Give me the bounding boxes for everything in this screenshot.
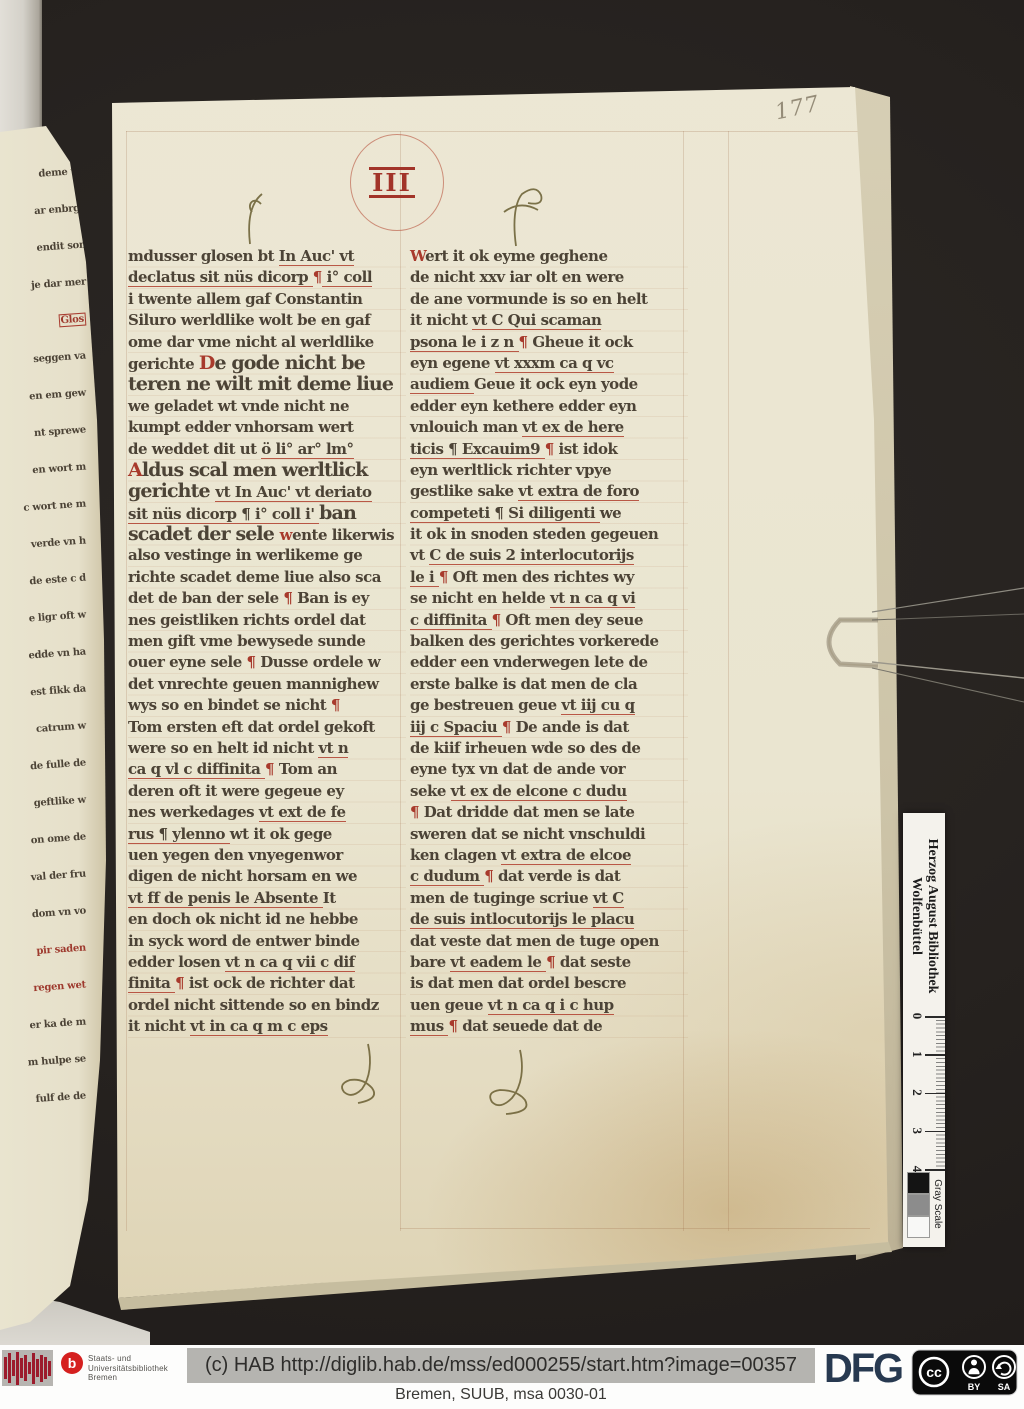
previous-page-fragment: nt sprewe — [0, 424, 100, 442]
manuscript-line: de ane vormunde is so en helt — [410, 289, 688, 310]
manuscript-line: mdusser glosen bt In Auc' vt — [128, 246, 406, 267]
manuscript-line: ouer eyne sele ¶ Dusse ordele w — [128, 652, 406, 673]
manuscript-line: we geladet wt vnde nicht ne — [128, 396, 406, 417]
manuscript-line: gestlike sake vt extra de foro — [410, 481, 688, 502]
manuscript-line: competeti ¶ Si diligenti we — [410, 503, 688, 524]
manuscript-line: Siluro werldlike wolt be en gaf — [128, 310, 406, 331]
manuscript-line: de weddet dit ut ö li° ar° lm° — [128, 439, 406, 460]
digitized-manuscript-scan: deme wuar enbrgeendit sonje dar merGloss… — [0, 0, 1024, 1409]
previous-page-fragment: de fulle de — [0, 757, 100, 775]
shelfmark-text: Bremen, SUUB, msa 0030-01 — [187, 1386, 815, 1404]
previous-page-fragment: seggen va — [0, 350, 100, 368]
manuscript-line: de kiif irheuen wde so des de — [410, 738, 688, 759]
bremen-logo-bar — [4, 1357, 7, 1379]
manuscript-line: se nicht en helde vt n ca q vi — [410, 588, 688, 609]
manuscript-line: it ok in snoden steden gegeuen — [410, 524, 688, 545]
manuscript-line: gerichte De gode nicht be — [128, 353, 406, 374]
manuscript-line: wys so en bindet se nicht ¶ — [128, 695, 406, 716]
previous-page-fragment: est fikk da — [0, 683, 100, 701]
previous-page-fragment: en wort m — [0, 461, 100, 479]
manuscript-line: rus ¶ ylenno wt it ok gege — [128, 824, 406, 845]
manuscript-line: mus ¶ dat seuede dat de — [410, 1016, 688, 1037]
ruler-major-tick — [925, 1016, 945, 1018]
bremen-logo-bar — [8, 1353, 11, 1383]
previous-page-fragment: de este c d — [0, 572, 100, 590]
previous-page-fragment: m hulpe se — [0, 1053, 100, 1071]
manuscript-line: psona le i z n ¶ Gheue it ock — [410, 332, 688, 353]
manuscript-line: declatus sit nüs dicorp ¶ i° coll — [128, 267, 406, 288]
bremen-text-line: Staats- und — [88, 1354, 168, 1364]
manuscript-line: erste balke is dat men de cla — [410, 674, 688, 695]
ruler-scale: 01234 — [903, 1016, 945, 1170]
bremen-logo-roundel: b — [61, 1352, 83, 1374]
svg-text:BY: BY — [968, 1382, 981, 1392]
manuscript-line: vt C de suis 2 interlocutorijs — [410, 545, 688, 566]
bremen-logo-bar — [48, 1361, 51, 1376]
manuscript-line: Tom ersten eft dat ordel gekoft — [128, 717, 406, 738]
manuscript-line: uen yegen den vnyegenwor — [128, 845, 406, 866]
gray-scale-swatch — [907, 1194, 930, 1216]
manuscript-line: ome dar vme nicht al werldlike — [128, 332, 406, 353]
previous-page-fragment: on ome de — [0, 831, 100, 849]
manuscript-line: det vnrechte geuen mannighew — [128, 674, 406, 695]
bremen-logo-bar — [16, 1352, 19, 1385]
manuscript-line: sweren dat se nicht vnschuldi — [410, 824, 688, 845]
manuscript-line: were so en helt id nicht vt n — [128, 738, 406, 759]
manuscript-line: it nicht vt in ca q m c eps — [128, 1016, 406, 1037]
manuscript-line: sit nüs dicorp ¶ i° coll i' ban — [128, 503, 406, 524]
manuscript-line: it nicht vt C Qui scaman — [410, 310, 688, 331]
manuscript-line: Wert it ok eyme geghene — [410, 246, 688, 267]
previous-page-fragment: e ligr oft w — [0, 609, 100, 627]
ruling-line — [728, 131, 729, 1231]
manuscript-line: audiem Geue it ock eyn yode — [410, 374, 688, 395]
previous-page-fragment: pir saden — [0, 942, 100, 960]
bremen-logo-bar — [40, 1355, 43, 1382]
manuscript-line: uen geue vt n ca q i c hup — [410, 995, 688, 1016]
previous-page-fragment: er ka de m — [0, 1016, 100, 1034]
copyright-url-text: (c) HAB http://diglib.hab.de/mss/ed00025… — [205, 1354, 797, 1377]
manuscript-line: men gift vme bewysede sunde — [128, 631, 406, 652]
manuscript-line: teren ne wilt mit deme liue — [128, 374, 406, 395]
ruler-number: 3 — [909, 1128, 925, 1135]
previous-page-fragment: fulf de de — [0, 1090, 100, 1108]
ruler-major-tick — [925, 1131, 945, 1133]
text-column-left: mdusser glosen bt In Auc' vtdeclatus sit… — [128, 246, 406, 1038]
manuscript-line: iij c Spaciu ¶ De ande is dat — [410, 717, 688, 738]
manuscript-line: richte scadet deme liue also sca — [128, 567, 406, 588]
svg-text:SA: SA — [998, 1382, 1011, 1392]
text-column-right: Wert it ok eyme geghenede nicht xxv iar … — [410, 246, 688, 1038]
dfg-logo: DFG — [814, 1346, 913, 1391]
manuscript-line: eyn egene vt xxxm ca q vc — [410, 353, 688, 374]
bremen-logo-text: Staats- und Universitätsbibliothek Breme… — [88, 1354, 168, 1383]
manuscript-line: de nicht xxv iar olt en were — [410, 267, 688, 288]
manuscript-line: ken clagen vt extra de elcoe — [410, 845, 688, 866]
gray-scale-swatch — [907, 1216, 930, 1238]
manuscript-line: nes werkedages vt ext de fe — [128, 802, 406, 823]
manuscript-line: gerichte vt In Auc' vt deriato — [128, 481, 406, 502]
ruler-number: 2 — [909, 1089, 925, 1096]
previous-page-fragment: je dar mer — [0, 276, 100, 294]
manuscript-line: det de ban der sele ¶ Ban is ey — [128, 588, 406, 609]
manuscript-line: ge bestreuen geue vt iij cu q — [410, 695, 688, 716]
svg-text:cc: cc — [926, 1364, 942, 1380]
manuscript-line: vnlouich man vt ex de here — [410, 417, 688, 438]
manuscript-line: edder eyn kethere edder eyn — [410, 396, 688, 417]
bremen-logo-bar — [44, 1357, 47, 1379]
bremen-logo-bar — [32, 1353, 35, 1384]
manuscript-line: kumpt edder vnhorsam wert — [128, 417, 406, 438]
manuscript-line: also vestinge in werlikeme ge — [128, 545, 406, 566]
quire-mark: III — [369, 167, 415, 198]
bremen-logo-bar — [20, 1358, 23, 1378]
manuscript-line: deren oft it were gegeue ey — [128, 781, 406, 802]
ruler-number: 0 — [909, 1013, 925, 1020]
previous-page-fragment: val der fru — [0, 868, 100, 886]
previous-page-fragment: en em gew — [0, 387, 100, 405]
previous-page-fragment: regen wet — [0, 979, 100, 997]
ruling-line — [126, 131, 127, 1231]
previous-page-fragment: catrum w — [0, 720, 100, 738]
manuscript-line: i twente allem gaf Constantin — [128, 289, 406, 310]
manuscript-line: edder losen vt n ca q vii c dif — [128, 952, 406, 973]
gray-scale-swatches — [907, 1172, 930, 1238]
copyright-bar: (c) HAB http://diglib.hab.de/mss/ed00025… — [187, 1348, 815, 1383]
manuscript-line: c dudum ¶ dat verde is dat — [410, 866, 688, 887]
library-name: Herzog August Bibliothek — [924, 839, 940, 994]
previous-page-fragment: Glos — [0, 313, 100, 331]
previous-page-fragment: edde vn ha — [0, 646, 100, 664]
library-city: Wolfenbüttel — [908, 877, 924, 955]
manuscript-line: in syck word de entwer binde — [128, 931, 406, 952]
bremen-text-line: Universitätsbibliothek — [88, 1364, 168, 1374]
bremen-logo-bar — [28, 1362, 31, 1374]
manuscript-line: Aldus scal men werltlick — [128, 460, 406, 481]
manuscript-line: vt ff de penis le Absente It — [128, 888, 406, 909]
manuscript-line: en doch ok nicht id ne hebbe — [128, 909, 406, 930]
previous-page-fragment: verde vn h — [0, 535, 100, 553]
previous-page-fragment: geftlike w — [0, 794, 100, 812]
manuscript-line: ticis ¶ Excauim9 ¶ ist idok — [410, 439, 688, 460]
manuscript-line: dat veste dat men de tuge open — [410, 931, 688, 952]
manuscript-line: c diffinita ¶ Oft men dey seue — [410, 610, 688, 631]
bremen-logo-bar — [12, 1360, 15, 1376]
manuscript-line: ca q vl c diffinita ¶ Tom an — [128, 759, 406, 780]
footer-bar: b Staats- und Universitätsbibliothek Bre… — [0, 1345, 1024, 1409]
manuscript-line: bare vt eadem le ¶ dat seste — [410, 952, 688, 973]
manuscript-line: seke vt ex de elcone c dudu — [410, 781, 688, 802]
folio-number: 177 — [773, 92, 822, 126]
ruler-major-tick — [925, 1093, 945, 1095]
manuscript-line: nes geistliken richts ordel dat — [128, 610, 406, 631]
quire-mark-circle: III — [350, 134, 444, 231]
manuscript-line: balken des gerichtes vorkerede — [410, 631, 688, 652]
manuscript-line: eyne tyx vn dat de ande vor — [410, 759, 688, 780]
ruler-strip: Herzog August Bibliothek Wolfenbüttel 01… — [903, 813, 945, 1247]
cc-license-badge: cc BY SA — [911, 1349, 1018, 1396]
previous-page-fragment: c wort ne m — [0, 498, 100, 516]
manuscript-line: is dat men dat ordel bescre — [410, 973, 688, 994]
ruler-number: 1 — [909, 1051, 925, 1058]
manuscript-line: ordel nicht sittende so en bindz — [128, 995, 406, 1016]
gray-scale: Gray Scale — [903, 1171, 945, 1243]
manuscript-line: edder een vnderwegen lete de — [410, 652, 688, 673]
manuscript-line: eyn werltlick richter vpye — [410, 460, 688, 481]
ruling-line — [400, 1228, 870, 1229]
bremen-logo-bar — [24, 1355, 27, 1381]
library-label: Herzog August Bibliothek Wolfenbüttel — [903, 821, 945, 1011]
manuscript-line: finita ¶ ist ock de richter dat — [128, 973, 406, 994]
bremen-logo-bars — [2, 1350, 53, 1386]
bremen-text-line: Bremen — [88, 1373, 168, 1383]
gray-scale-label: Gray Scale — [932, 1171, 943, 1237]
bremen-logo-bar — [36, 1359, 39, 1377]
manuscript-line: digen de nicht horsam en we — [128, 866, 406, 887]
manuscript-line: de suis intlocutorijs le placu — [410, 909, 688, 930]
manuscript-line: ¶ Dat dridde dat men se late — [410, 802, 688, 823]
ruling-line — [126, 131, 860, 132]
ruler-major-tick — [925, 1054, 945, 1056]
manuscript-line: scadet der sele wente likerwis — [128, 524, 406, 545]
previous-page-fragment: dom vn vo — [0, 905, 100, 923]
gray-scale-swatch — [907, 1172, 930, 1194]
manuscript-line: men de tuginge scriue vt C — [410, 888, 688, 909]
manuscript-line: le i ¶ Oft men des richtes wy — [410, 567, 688, 588]
